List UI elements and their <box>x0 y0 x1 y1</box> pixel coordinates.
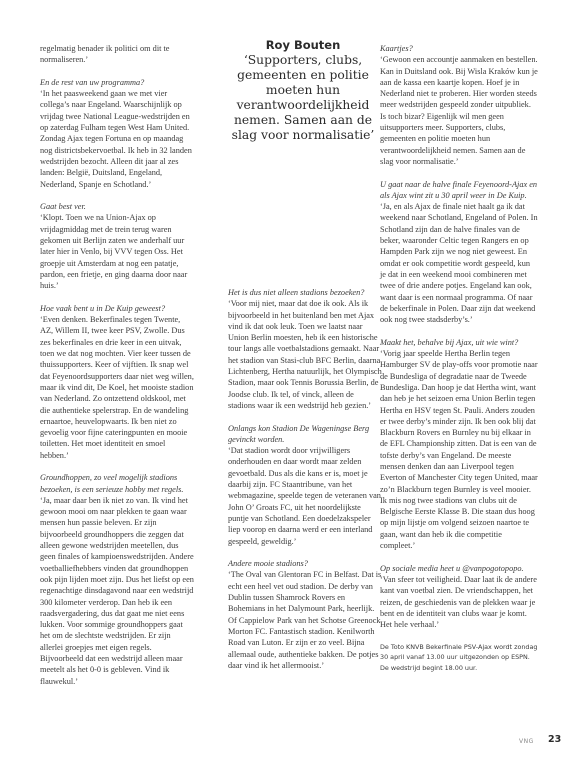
qa-block: Hoe vaak bent u in De Kuip geweest?‘Even… <box>40 303 194 461</box>
answer-text: ‘Dat stadion wordt door vrijwilligers on… <box>228 445 383 547</box>
qa-block: Maakt het, behalve bij Ajax, uit wie win… <box>380 337 538 552</box>
question-text: Groundhoppen, zo veel mogelijk stadions … <box>40 472 194 495</box>
qa-block: Op sociale media heet u @vanpogotopopo.‘… <box>380 563 538 631</box>
question-text: Het is dus niet alleen stadions bezoeken… <box>228 287 383 298</box>
page-number: 23 <box>548 734 561 745</box>
article-column-1: regelmatig benader ik politici om dit te… <box>40 43 194 698</box>
article-column-2: Het is dus niet alleen stadions bezoeken… <box>228 287 383 682</box>
paragraph: regelmatig benader ik politici om dit te… <box>40 43 194 66</box>
question-text: Onlangs kon Stadion De Wageningse Berg g… <box>228 423 383 446</box>
qa-block: Het is dus niet alleen stadions bezoeken… <box>228 287 383 411</box>
article-column-3: Kaartjes?‘Gewoon een accountje aanmaken … <box>380 43 538 673</box>
qa-block: Onlangs kon Stadion De Wageningse Berg g… <box>228 423 383 547</box>
question-text: Kaartjes? <box>380 43 538 54</box>
answer-text: ‘Even denken. Bekerfinales tegen Twente,… <box>40 314 194 461</box>
answer-text: ‘The Oval van Glentoran FC in Belfast. D… <box>228 569 383 671</box>
question-text: Op sociale media heet u @vanpogotopopo. <box>380 563 538 574</box>
pull-quote-name: Roy Bouten <box>228 38 378 52</box>
qa-block: Gaat best ver.‘Klopt. Toen we na Union-A… <box>40 201 194 291</box>
answer-text: ‘In het paasweekend gaan we met vier col… <box>40 88 194 190</box>
broadcast-footnote: De Toto KNVB Bekerfinale PSV-Ajax wordt … <box>380 642 538 674</box>
answer-text: ‘Voor mij niet, maar dat doe ik ook. Als… <box>228 298 383 411</box>
question-text: Maakt het, behalve bij Ajax, uit wie win… <box>380 337 538 348</box>
pull-quote: Roy Bouten ‘Supporters, clubs, gemeenten… <box>228 38 378 143</box>
question-text: Hoe vaak bent u in De Kuip geweest? <box>40 303 194 314</box>
answer-text: regelmatig benader ik politici om dit te… <box>40 43 194 66</box>
qa-block: U gaat naar de halve finale Feyenoord-Aj… <box>380 179 538 326</box>
question-text: U gaat naar de halve finale Feyenoord-Aj… <box>380 179 538 202</box>
question-text: En de rest van uw programma? <box>40 77 194 88</box>
answer-text: ‘Ja, maar daar ben ik niet zo van. Ik vi… <box>40 495 194 687</box>
qa-block: En de rest van uw programma?‘In het paas… <box>40 77 194 190</box>
pull-quote-text: ‘Supporters, clubs, gemeenten en politie… <box>228 53 378 143</box>
qa-block: Andere mooie stadions?‘The Oval van Glen… <box>228 558 383 671</box>
answer-text: ‘Gewoon een accountje aanmaken en bestel… <box>380 54 538 167</box>
qa-block: Groundhoppen, zo veel mogelijk stadions … <box>40 472 194 687</box>
magazine-logo: VNG <box>519 738 534 745</box>
answer-text: ‘Ja, en als Ajax de finale niet haalt ga… <box>380 201 538 325</box>
answer-text: ‘Klopt. Toen we na Union-Ajax op vrijdag… <box>40 212 194 291</box>
question-text: Andere mooie stadions? <box>228 558 383 569</box>
question-text: Gaat best ver. <box>40 201 194 212</box>
answer-text: ‘Van sfeer tot veiligheid. Daar laat ik … <box>380 574 538 630</box>
answer-text: ‘Vorig jaar speelde Hertha Berlin tegen … <box>380 348 538 551</box>
qa-block: Kaartjes?‘Gewoon een accountje aanmaken … <box>380 43 538 167</box>
